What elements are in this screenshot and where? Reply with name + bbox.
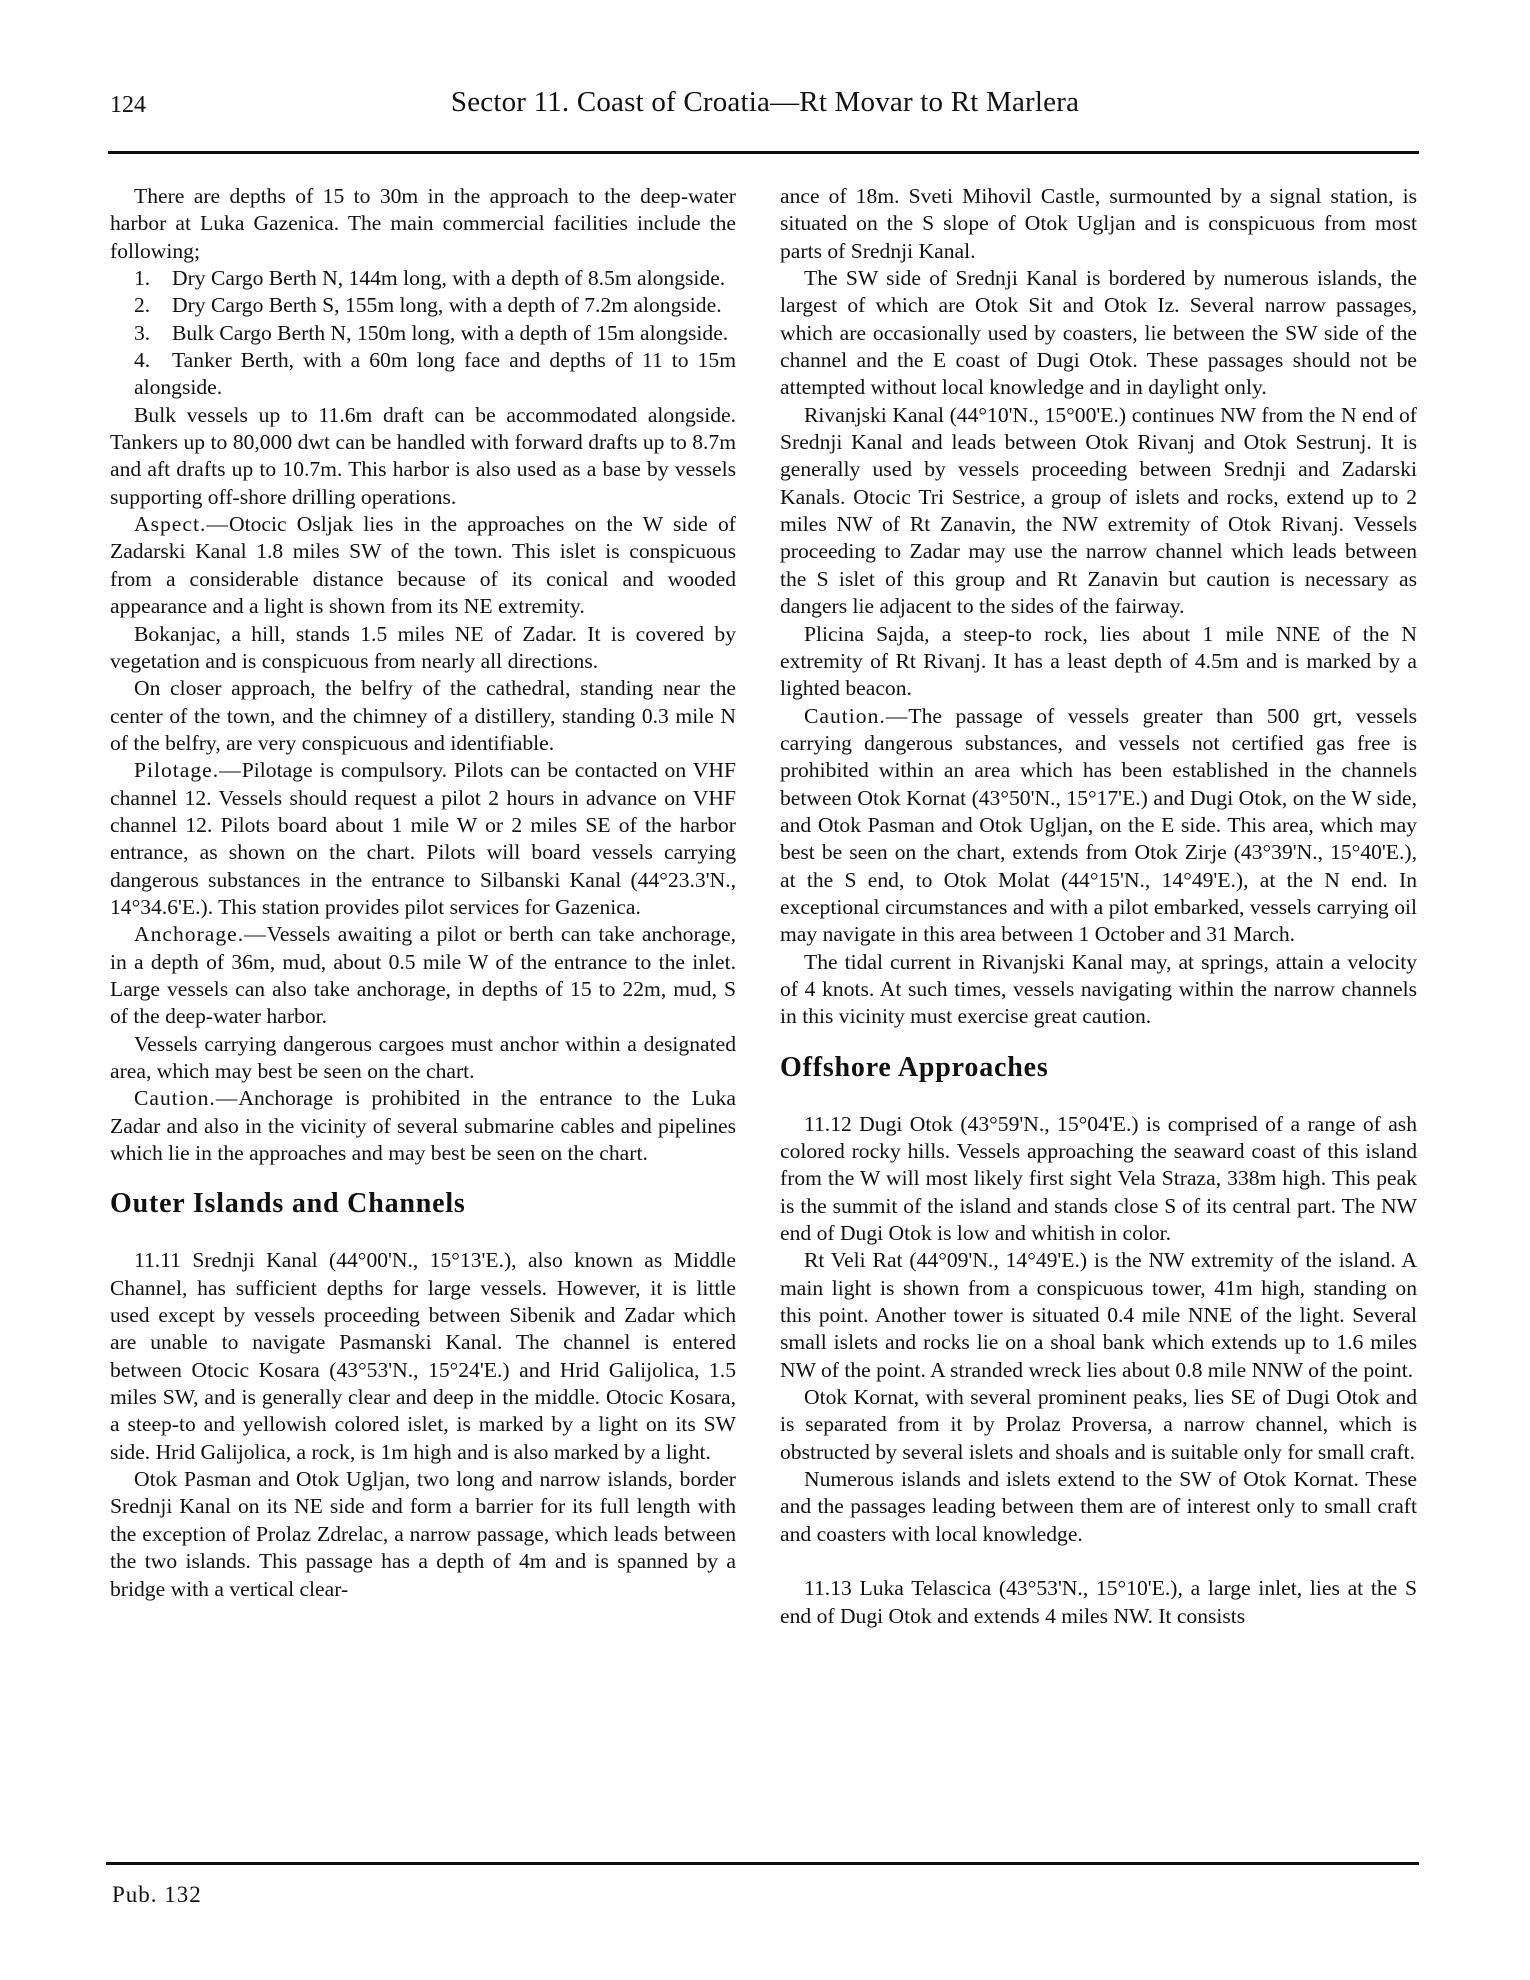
footer-rule	[106, 1862, 1419, 1865]
caution-text: The passage of vessels greater than 500 …	[780, 704, 1417, 947]
publication-footer: Pub. 132	[112, 1882, 202, 1908]
facility-item: 3.Bulk Cargo Berth N, 150m long, with a …	[110, 320, 736, 347]
intro-paragraph: There are depths of 15 to 30m in the app…	[110, 183, 736, 265]
facility-text: Bulk Cargo Berth N, 150m long, with a de…	[172, 321, 728, 345]
caution-lead: Caution.—	[804, 704, 908, 728]
facility-text: Dry Cargo Berth S, 155m long, with a dep…	[172, 293, 722, 317]
sw-side-paragraph: The SW side of Srednji Kanal is bordered…	[780, 265, 1417, 402]
facility-text: Tanker Berth, with a 60m long face and d…	[134, 348, 736, 399]
bulk-vessels-paragraph: Bulk vessels up to 11.6m draft can be ac…	[110, 402, 736, 511]
pasman-ugljan-paragraph: Otok Pasman and Otok Ugljan, two long an…	[110, 1466, 736, 1603]
anchorage-lead: Anchorage.—	[134, 922, 267, 946]
facility-item: 4.Tanker Berth, with a 60m long face and…	[110, 347, 736, 402]
bokanjac-paragraph: Bokanjac, a hill, stands 1.5 miles NE of…	[110, 621, 736, 676]
plicina-sajda-paragraph: Plicina Sajda, a steep-to rock, lies abo…	[780, 621, 1417, 703]
caution-lead: Caution.—	[134, 1086, 238, 1110]
continuation-paragraph: ance of 18m. Sveti Mihovil Castle, surmo…	[780, 183, 1417, 265]
kornat-paragraph: Otok Kornat, with several prominent peak…	[780, 1384, 1417, 1466]
dangerous-cargoes-paragraph: Vessels carrying dangerous cargoes must …	[110, 1031, 736, 1086]
pilotage-text: Pilotage is compulsory. Pilots can be co…	[110, 758, 736, 919]
telascica-paragraph: 11.13 Luka Telascica (43°53'N., 15°10'E.…	[780, 1575, 1417, 1630]
pilotage-paragraph: Pilotage.—Pilotage is compulsory. Pilots…	[110, 757, 736, 921]
facility-item: 1.Dry Cargo Berth N, 144m long, with a d…	[110, 265, 736, 292]
rivanjski-paragraph: Rivanjski Kanal (44°10'N., 15°00'E.) con…	[780, 402, 1417, 621]
caution-paragraph: Caution.—The passage of vessels greater …	[780, 703, 1417, 949]
aspect-paragraph: Aspect.—Otocic Osljak lies in the approa…	[110, 511, 736, 620]
dugi-otok-paragraph: 11.12 Dugi Otok (43°59'N., 15°04'E.) is …	[780, 1111, 1417, 1248]
tidal-current-paragraph: The tidal current in Rivanjski Kanal may…	[780, 949, 1417, 1031]
facility-number: 4.	[134, 347, 172, 374]
veli-rat-paragraph: Rt Veli Rat (44°09'N., 14°49'E.) is the …	[780, 1247, 1417, 1384]
numerous-islands-paragraph: Numerous islands and islets extend to th…	[780, 1466, 1417, 1548]
facility-text: Dry Cargo Berth N, 144m long, with a dep…	[172, 266, 725, 290]
facility-number: 1.	[134, 265, 172, 292]
section-heading-outer-islands: Outer Islands and Channels	[110, 1187, 736, 1221]
srednji-kanal-paragraph: 11.11 Srednji Kanal (44°00'N., 15°13'E.)…	[110, 1247, 736, 1466]
paragraph-spacer	[780, 1548, 1417, 1575]
caution-paragraph: Caution.—Anchorage is prohibited in the …	[110, 1085, 736, 1167]
right-column: ance of 18m. Sveti Mihovil Castle, surmo…	[780, 183, 1417, 1630]
closer-approach-paragraph: On closer approach, the belfry of the ca…	[110, 675, 736, 757]
facility-item: 2.Dry Cargo Berth S, 155m long, with a d…	[110, 292, 736, 319]
facility-number: 3.	[134, 320, 172, 347]
section-heading-offshore-approaches: Offshore Approaches	[780, 1051, 1417, 1085]
aspect-lead: Aspect.—	[134, 512, 229, 536]
left-column: There are depths of 15 to 30m in the app…	[110, 183, 736, 1603]
running-title: Sector 11. Coast of Croatia—Rt Movar to …	[0, 86, 1530, 119]
anchorage-paragraph: Anchorage.—Vessels awaiting a pilot or b…	[110, 921, 736, 1030]
header-rule	[108, 151, 1419, 154]
facility-number: 2.	[134, 292, 172, 319]
pilotage-lead: Pilotage.—	[134, 758, 242, 782]
